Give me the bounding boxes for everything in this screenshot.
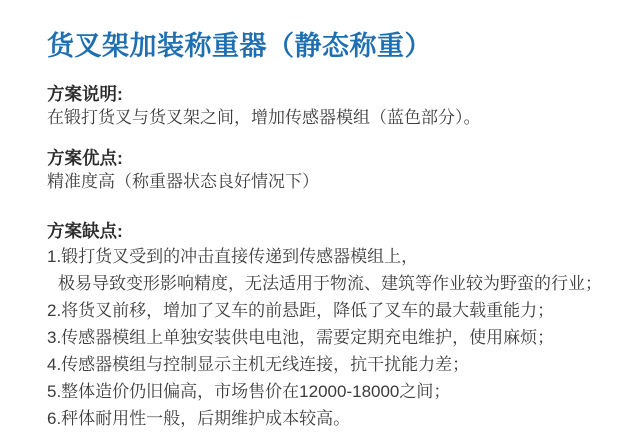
page-title: 货叉架加装称重器（静态称重）	[47, 30, 622, 62]
drawback-item-1: 1.锻打货叉受到的冲击直接传递到传感器模组上，	[47, 243, 622, 270]
drawback-item-5: 5.整体造价仍旧偏高，市场售价在12000-18000之间；	[47, 378, 622, 405]
drawback-item-4: 4.传感器模组与控制显示主机无线连接，抗干扰能力差；	[47, 351, 622, 378]
section-drawbacks: 方案缺点: 1.锻打货叉受到的冲击直接传递到传感器模组上， 极易导致变形影响精度…	[47, 219, 622, 432]
document-page: 货叉架加装称重器（静态称重） 方案说明: 在锻打货叉与货叉架之间，增加传感器模组…	[0, 0, 640, 444]
drawback-item-2: 2.将货叉前移，增加了叉车的前悬距，降低了叉车的最大载重能力；	[47, 297, 622, 324]
advantages-body: 精准度高（称重器状态良好情况下）	[47, 170, 622, 194]
description-body: 在锻打货叉与货叉架之间，增加传感器模组（蓝色部分）。	[47, 106, 622, 130]
section-advantages: 方案优点: 精准度高（称重器状态良好情况下）	[47, 146, 622, 194]
drawback-item-6: 6.秤体耐用性一般，后期维护成本较高。	[47, 405, 622, 432]
drawback-item-3: 3.传感器模组上单独安装供电电池，需要定期充电维护，使用麻烦；	[47, 324, 622, 351]
drawbacks-heading: 方案缺点:	[47, 219, 622, 243]
description-heading: 方案说明:	[47, 82, 622, 106]
section-description: 方案说明: 在锻打货叉与货叉架之间，增加传感器模组（蓝色部分）。	[47, 82, 622, 130]
advantages-heading: 方案优点:	[47, 146, 622, 170]
drawback-item-1-continuation: 极易导致变形影响精度，无法适用于物流、建筑等作业较为野蛮的行业；	[47, 270, 622, 297]
